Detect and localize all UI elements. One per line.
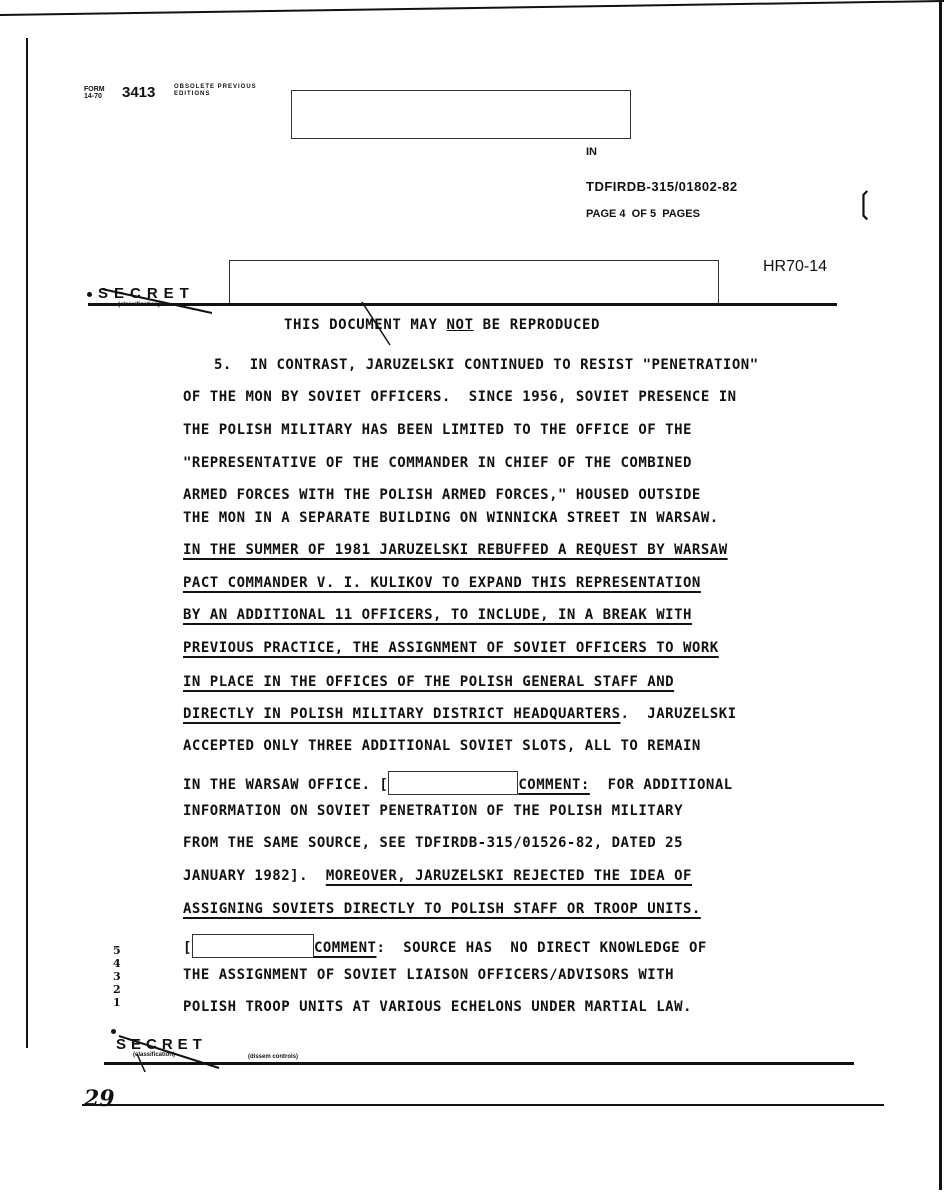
- text-segment: 5. IN CONTRAST, JARUZELSKI CONTINUED TO …: [214, 357, 759, 373]
- margin-number: 3: [113, 970, 121, 983]
- margin-line-numbers: 54321: [113, 944, 121, 1009]
- body-line: THE POLISH MILITARY HAS BEEN LIMITED TO …: [183, 422, 692, 438]
- dissem-controls-label: (dissem controls): [248, 1054, 298, 1060]
- text-segment: ARMED FORCES WITH THE POLISH ARMED FORCE…: [183, 487, 701, 503]
- body-line: FROM THE SAME SOURCE, SEE TDFIRDB-315/01…: [183, 835, 683, 851]
- margin-number: 1: [113, 996, 121, 1009]
- body-line: PACT COMMANDER V. I. KULIKOV TO EXPAND T…: [183, 575, 701, 591]
- text-segment: POLISH TROOP UNITS AT VARIOUS ECHELONS U…: [183, 999, 692, 1015]
- page-right-edge: [939, 0, 942, 1190]
- text-segment: OF THE MON BY SOVIET OFFICERS. SINCE 195…: [183, 389, 737, 405]
- underlined-text: PREVIOUS PRACTICE, THE ASSIGNMENT OF SOV…: [183, 640, 719, 656]
- body-line: BY AN ADDITIONAL 11 OFFICERS, TO INCLUDE…: [183, 607, 692, 623]
- text-segment: : SOURCE HAS NO DIRECT KNOWLEDGE OF: [376, 940, 706, 956]
- underlined-text: COMMENT: [314, 940, 377, 956]
- margin-number: 4: [113, 957, 121, 970]
- bullet-dot: [87, 292, 92, 297]
- strike-line-top: [100, 285, 220, 315]
- underlined-text: IN PLACE IN THE OFFICES OF THE POLISH GE…: [183, 674, 674, 690]
- page-top-edge: [0, 0, 944, 16]
- underlined-text: MOREOVER, JARUZELSKI REJECTED THE IDEA O…: [326, 868, 692, 884]
- body-line: IN PLACE IN THE OFFICES OF THE POLISH GE…: [183, 674, 674, 690]
- routing-indicator: IN: [586, 146, 597, 158]
- underlined-text: PACT COMMANDER V. I. KULIKOV TO EXPAND T…: [183, 575, 701, 591]
- body-line: THE ASSIGNMENT OF SOVIET LIAISON OFFICER…: [183, 967, 674, 983]
- text-segment: IN THE WARSAW OFFICE. [: [183, 777, 388, 793]
- body-line: THE MON IN A SEPARATE BUILDING ON WINNIC…: [183, 510, 719, 526]
- text-segment: FOR ADDITIONAL: [590, 777, 733, 793]
- form-note: OBSOLETE PREVIOUS EDITIONS: [174, 84, 257, 98]
- underlined-text: DIRECTLY IN POLISH MILITARY DISTRICT HEA…: [183, 706, 621, 722]
- redaction-box-inline: [388, 771, 518, 795]
- text-segment: FROM THE SAME SOURCE, SEE TDFIRDB-315/01…: [183, 835, 683, 851]
- report-id: TDFIRDB-315/01802-82: [586, 179, 738, 194]
- stray-pen-mark: [360, 300, 400, 350]
- margin-number: 2: [113, 983, 121, 996]
- text-segment: ACCEPTED ONLY THREE ADDITIONAL SOVIET SL…: [183, 738, 701, 754]
- page-info: PAGE 4 OF 5 PAGES: [586, 208, 700, 220]
- body-line: DIRECTLY IN POLISH MILITARY DISTRICT HEA…: [183, 706, 737, 722]
- text-segment: [: [183, 940, 192, 956]
- body-line: ASSIGNING SOVIETS DIRECTLY TO POLISH STA…: [183, 901, 701, 917]
- text-segment: "REPRESENTATIVE OF THE COMMANDER IN CHIE…: [183, 455, 692, 471]
- body-line: PREVIOUS PRACTICE, THE ASSIGNMENT OF SOV…: [183, 640, 719, 656]
- footer-rule: [104, 1062, 854, 1065]
- body-line: JANUARY 1982]. MOREOVER, JARUZELSKI REJE…: [183, 868, 692, 884]
- form-label: FORM 14-70: [84, 86, 105, 100]
- redaction-box-header: [291, 90, 631, 139]
- body-line: IN THE SUMMER OF 1981 JARUZELSKI REBUFFE…: [183, 542, 728, 558]
- text-segment: THE POLISH MILITARY HAS BEEN LIMITED TO …: [183, 422, 692, 438]
- text-segment: THE MON IN A SEPARATE BUILDING ON WINNIC…: [183, 510, 719, 526]
- release-reference: HR70-14: [763, 258, 827, 276]
- strike-line-bottom: [115, 1032, 235, 1072]
- text-segment: INFORMATION ON SOVIET PENETRATION OF THE…: [183, 803, 683, 819]
- body-line: POLISH TROOP UNITS AT VARIOUS ECHELONS U…: [183, 999, 692, 1015]
- body-line: "REPRESENTATIVE OF THE COMMANDER IN CHIE…: [183, 455, 692, 471]
- reproduction-notice: THIS DOCUMENT MAY NOT BE REPRODUCED: [284, 317, 600, 333]
- margin-number: 5: [113, 944, 121, 957]
- body-line: ACCEPTED ONLY THREE ADDITIONAL SOVIET SL…: [183, 738, 701, 754]
- page-left-edge: [26, 38, 28, 1048]
- underlined-text: ASSIGNING SOVIETS DIRECTLY TO POLISH STA…: [183, 901, 701, 917]
- redaction-box-inline: [192, 934, 314, 958]
- text-segment: JANUARY 1982].: [183, 868, 326, 884]
- body-line: OF THE MON BY SOVIET OFFICERS. SINCE 195…: [183, 389, 737, 405]
- body-line: 5. IN CONTRAST, JARUZELSKI CONTINUED TO …: [214, 357, 759, 373]
- handwritten-page-number: 29: [84, 1086, 115, 1112]
- text-segment: . JARUZELSKI: [621, 706, 737, 722]
- body-line: ARMED FORCES WITH THE POLISH ARMED FORCE…: [183, 487, 701, 503]
- underlined-text: COMMENT:: [518, 777, 589, 793]
- header-rule: [88, 303, 837, 306]
- underlined-text: IN THE SUMMER OF 1981 JARUZELSKI REBUFFE…: [183, 542, 728, 558]
- margin-bracket-mark: ❲: [852, 186, 877, 221]
- text-segment: THE ASSIGNMENT OF SOVIET LIAISON OFFICER…: [183, 967, 674, 983]
- bottom-rule: [82, 1104, 884, 1106]
- body-line: INFORMATION ON SOVIET PENETRATION OF THE…: [183, 803, 683, 819]
- body-line: [COMMENT: SOURCE HAS NO DIRECT KNOWLEDGE…: [183, 934, 707, 958]
- form-number: 3413: [122, 84, 155, 101]
- underlined-text: BY AN ADDITIONAL 11 OFFICERS, TO INCLUDE…: [183, 607, 692, 623]
- body-line: IN THE WARSAW OFFICE. [COMMENT: FOR ADDI…: [183, 771, 733, 795]
- redaction-box-classification: [229, 260, 719, 305]
